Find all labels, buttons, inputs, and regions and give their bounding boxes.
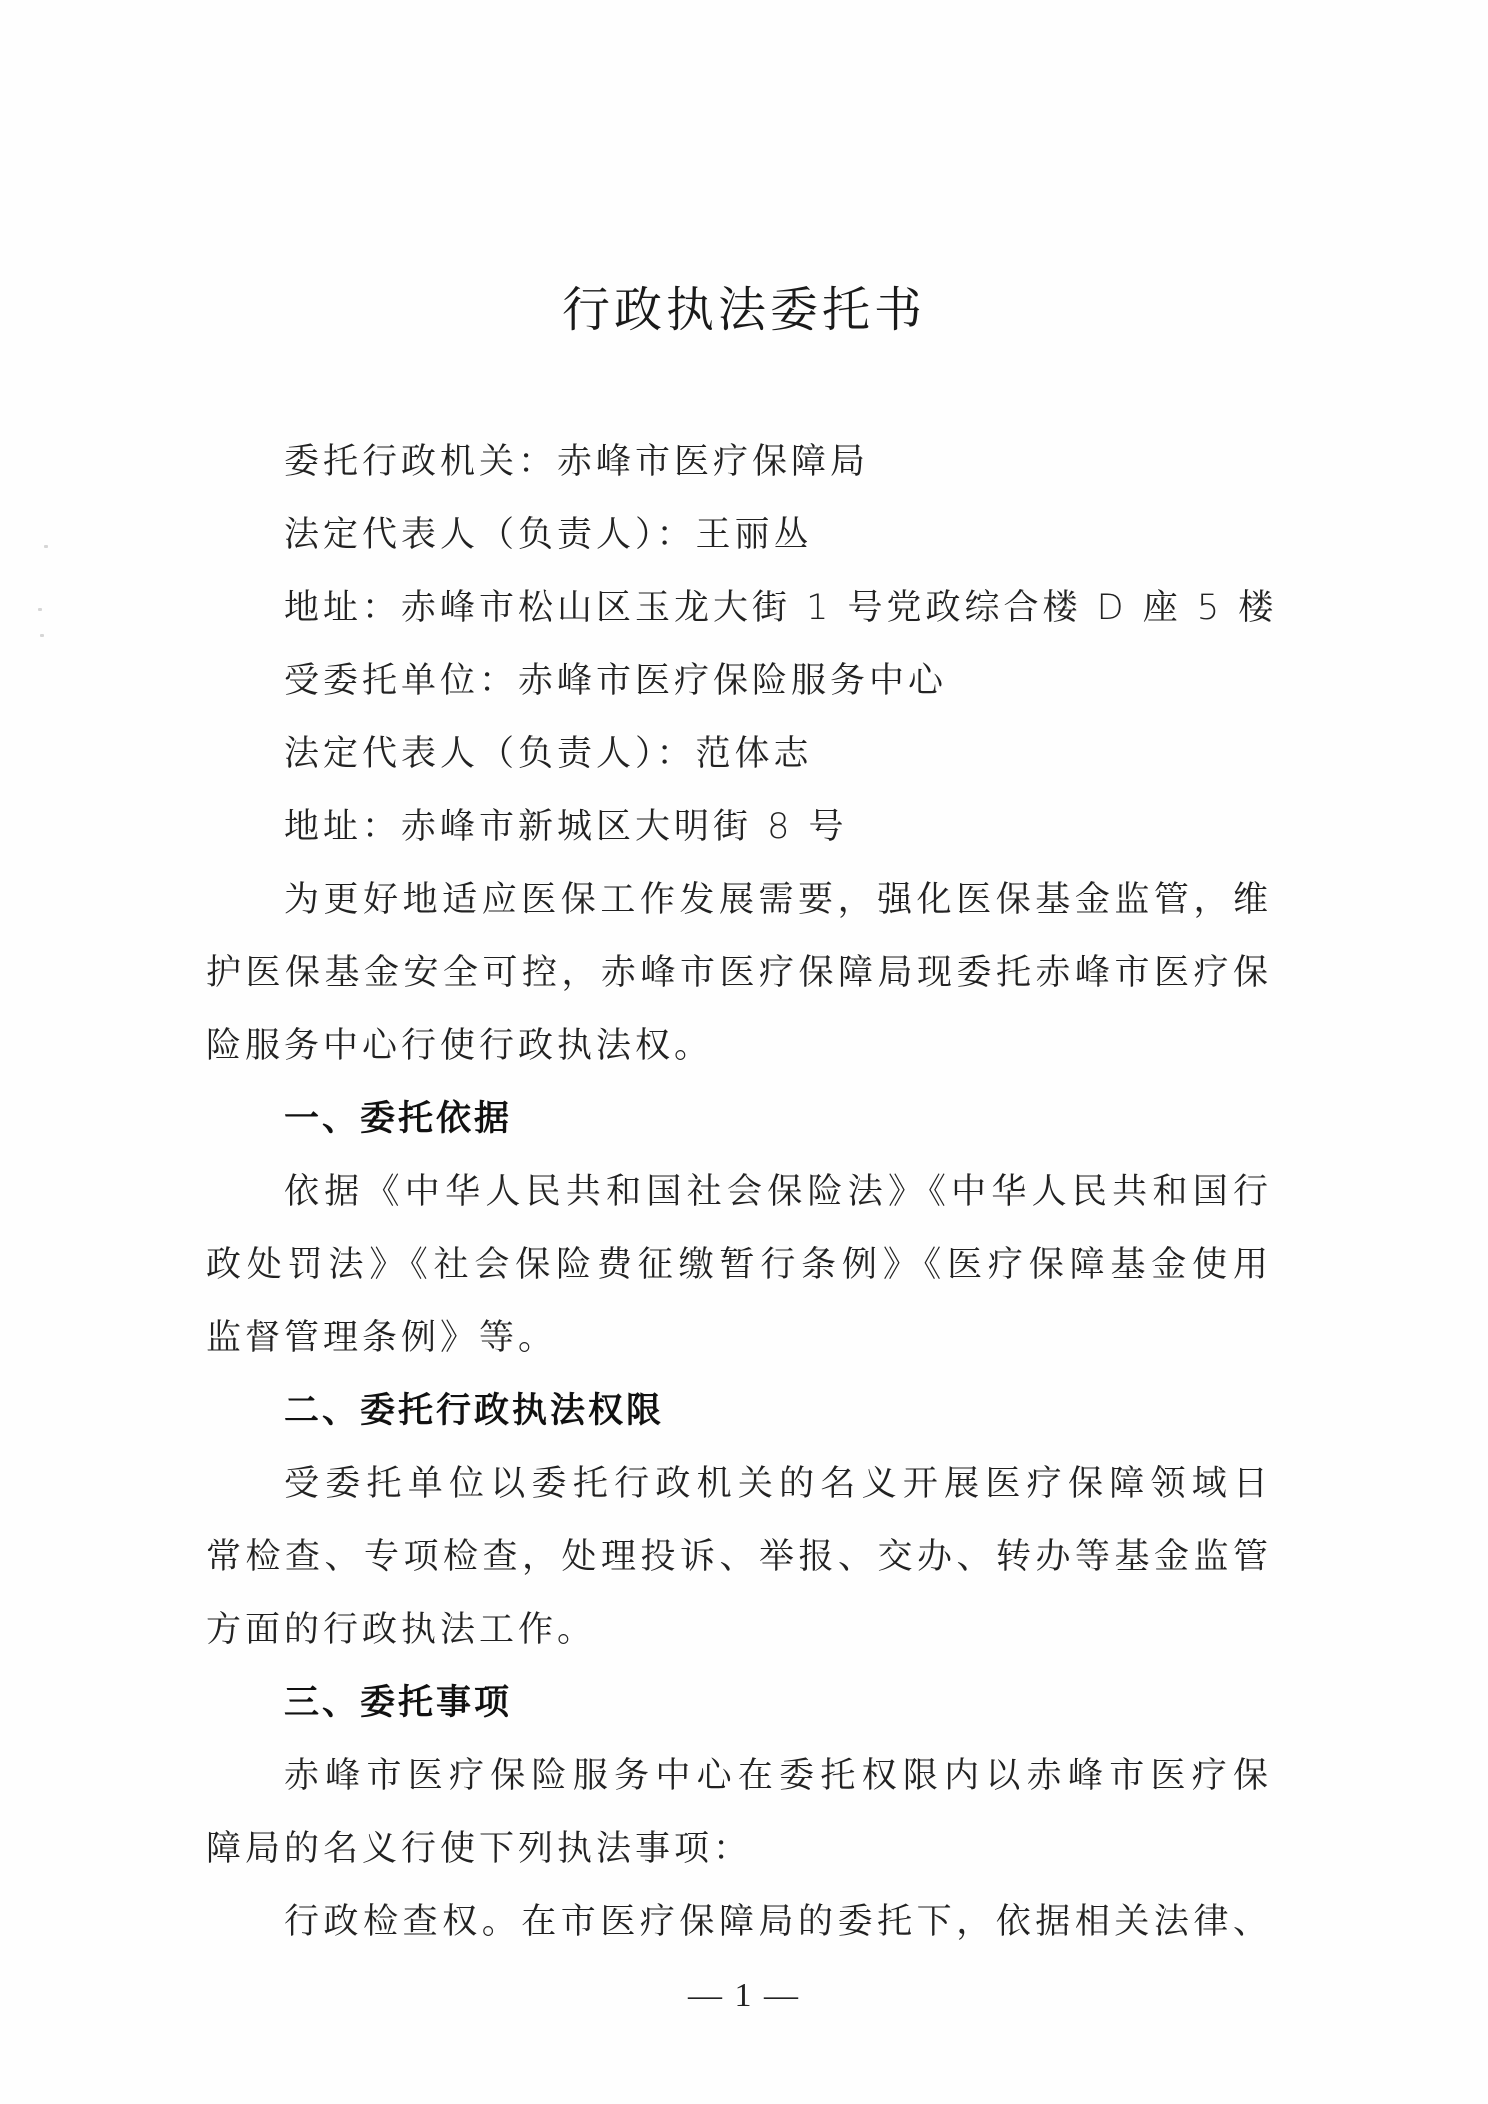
paragraph-matters-line: 障局的名义行使下列执法事项：: [206, 1827, 1268, 1871]
line-entrusted-legal-rep: 法定代表人（负责人）：范体志: [284, 732, 1268, 776]
section-heading-matters: 三、委托事项: [284, 1681, 1268, 1725]
line-delegating-legal-rep: 法定代表人（负责人）：王丽丛: [284, 513, 1268, 557]
document-title: 行政执法委托书: [0, 282, 1488, 338]
page-number: — 1 —: [0, 1976, 1488, 2016]
paragraph-inspection-line: 行政检查权。在市医疗保障局的委托下，依据相关法律、: [284, 1900, 1268, 1944]
paragraph-authority-line: 常检查、专项检查，处理投诉、举报、交办、转办等基金监管: [206, 1535, 1268, 1579]
paragraph-basis-line: 监督管理条例》等。: [206, 1316, 1268, 1360]
scan-artifact: [44, 545, 48, 548]
paragraph-intro-line: 护医保基金安全可控，赤峰市医疗保障局现委托赤峰市医疗保: [206, 951, 1268, 995]
paragraph-authority-line: 受委托单位以委托行政机关的名义开展医疗保障领域日: [284, 1462, 1268, 1506]
paragraph-basis-line: 政处罚法》《社会保险费征缴暂行条例》《医疗保障基金使用: [206, 1243, 1268, 1287]
line-entrusted-address: 地址：赤峰市新城区大明街 8 号: [284, 805, 1268, 849]
paragraph-intro-line: 为更好地适应医保工作发展需要，强化医保基金监管，维: [284, 878, 1268, 922]
line-delegating-agency: 委托行政机关：赤峰市医疗保障局: [284, 440, 1268, 484]
paragraph-authority-line: 方面的行政执法工作。: [206, 1608, 1268, 1652]
paragraph-basis-line: 依据《中华人民共和国社会保险法》《中华人民共和国行: [284, 1170, 1268, 1214]
scan-artifact: [38, 608, 42, 611]
paragraph-intro-line: 险服务中心行使行政执法权。: [206, 1024, 1268, 1068]
line-entrusted-unit: 受委托单位：赤峰市医疗保险服务中心: [284, 659, 1268, 703]
document-page: 行政执法委托书 委托行政机关：赤峰市医疗保障局 法定代表人（负责人）：王丽丛 地…: [0, 0, 1488, 2104]
line-delegating-address: 地址：赤峰市松山区玉龙大街 1 号党政综合楼 D 座 5 楼: [284, 586, 1268, 630]
paragraph-matters-line: 赤峰市医疗保险服务中心在委托权限内以赤峰市医疗保: [284, 1754, 1268, 1798]
section-heading-basis: 一、委托依据: [284, 1097, 1268, 1141]
scan-artifact: [40, 634, 44, 637]
section-heading-authority: 二、委托行政执法权限: [284, 1389, 1268, 1433]
